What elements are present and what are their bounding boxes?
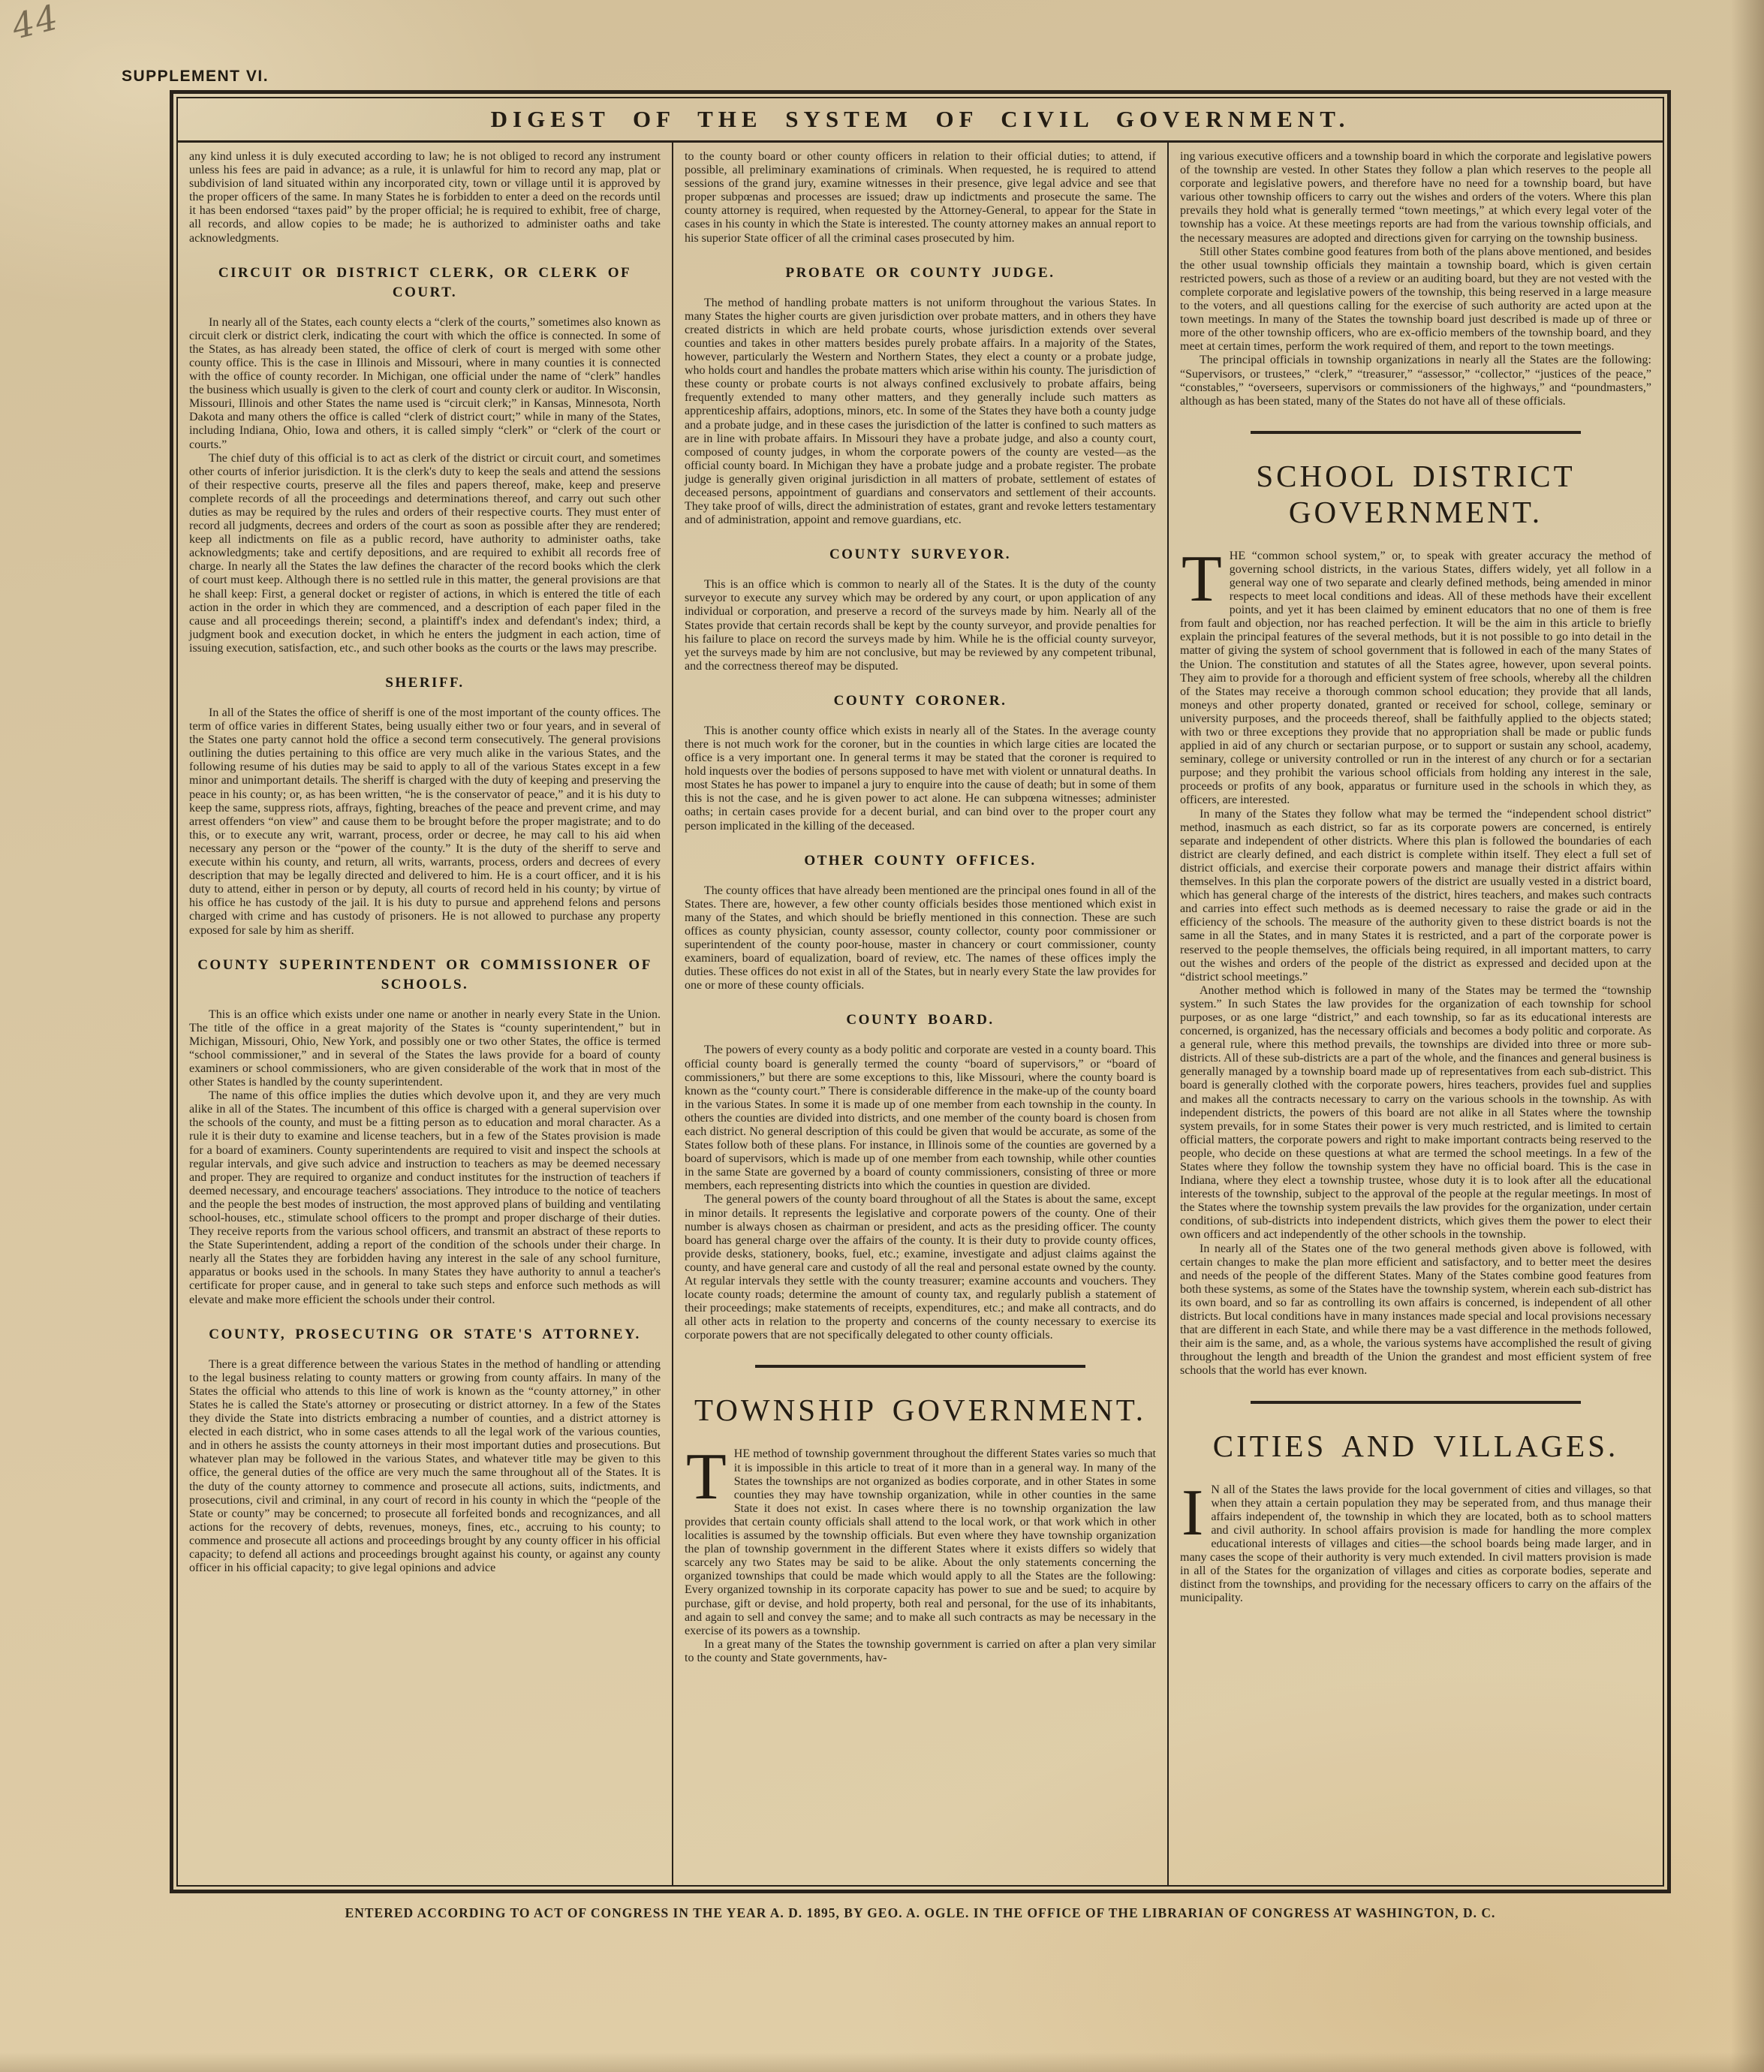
paragraph: The principal officials in township orga… <box>1180 354 1651 408</box>
paragraph-text: N all of the States the laws provide for… <box>1180 1483 1651 1605</box>
supplement-label: SUPPLEMENT VI. <box>122 68 269 86</box>
section-heading: COUNTY CORONER. <box>689 691 1151 711</box>
paragraph: Another method which is followed in many… <box>1180 984 1651 1242</box>
paragraph: The name of this office implies the duti… <box>189 1089 661 1307</box>
paragraph: ing various executive officers and a tow… <box>1180 150 1651 245</box>
masthead-band: DIGEST OF THE SYSTEM OF CIVIL GOVERNMENT… <box>178 98 1663 143</box>
section-heading: SHERIFF. <box>194 673 656 693</box>
paragraph: In nearly all of the States, each county… <box>189 316 661 452</box>
paragraph: Still other States combine good features… <box>1180 245 1651 354</box>
paragraph: The powers of every county as a body pol… <box>685 1044 1156 1193</box>
article-heading: TOWNSHIP GOVERNMENT. <box>685 1392 1156 1428</box>
divider-rule <box>755 1365 1085 1368</box>
paragraph: IN all of the States the laws provide fo… <box>1180 1483 1651 1606</box>
divider-rule <box>1251 1401 1581 1404</box>
paragraph-text: HE “common school system,” or, to speak … <box>1180 550 1651 807</box>
paragraph: any kind unless it is duly executed acco… <box>189 150 661 245</box>
paragraph: In many of the States they follow what m… <box>1180 808 1651 984</box>
paragraph: to the county board or other county offi… <box>685 150 1156 245</box>
paragraph: In a great many of the States the townsh… <box>685 1638 1156 1665</box>
drop-cap: T <box>1180 550 1230 605</box>
page-bottom-shadow <box>0 2052 1764 2072</box>
section-heading: COUNTY SURVEYOR. <box>689 545 1151 565</box>
text-columns: any kind unless it is duly executed acco… <box>178 143 1663 1885</box>
paragraph: This is another county office which exis… <box>685 724 1156 833</box>
column-3: ing various executive officers and a tow… <box>1169 143 1663 1885</box>
section-heading: COUNTY SUPERINTENDENT OR COMMISSIONER OF… <box>194 956 656 995</box>
paragraph: In nearly all of the States one of the t… <box>1180 1242 1651 1378</box>
drop-cap: I <box>1180 1483 1211 1539</box>
page-title: DIGEST OF THE SYSTEM OF CIVIL GOVERNMENT… <box>491 106 1350 133</box>
handwritten-page-number: 44 <box>8 0 63 47</box>
paragraph: THE “common school system,” or, to speak… <box>1180 550 1651 808</box>
divider-rule <box>1251 431 1581 434</box>
paragraph-text: HE method of township government through… <box>685 1447 1156 1637</box>
section-heading: COUNTY, PROSECUTING OR STATE'S ATTORNEY. <box>194 1325 656 1345</box>
paragraph: The method of handling probate matters i… <box>685 297 1156 528</box>
section-heading: COUNTY BOARD. <box>689 1010 1151 1030</box>
copyright-footer: ENTERED ACCORDING TO ACT OF CONGRESS IN … <box>170 1905 1671 1921</box>
section-heading: OTHER COUNTY OFFICES. <box>689 851 1151 871</box>
paragraph: The general powers of the county board t… <box>685 1193 1156 1342</box>
column-1: any kind unless it is duly executed acco… <box>178 143 673 1885</box>
paragraph: This is an office which is common to nea… <box>685 578 1156 673</box>
paragraph: The chief duty of this official is to ac… <box>189 452 661 655</box>
scanned-atlas-page: { "page": { "corner_note": "44", "supple… <box>0 0 1764 2072</box>
article-heading: SCHOOL DISTRICT GOVERNMENT. <box>1180 458 1651 530</box>
paragraph: The county offices that have already bee… <box>685 884 1156 993</box>
section-heading: CIRCUIT OR DISTRICT CLERK, OR CLERK OF C… <box>194 264 656 303</box>
paragraph: In all of the States the office of sheri… <box>189 706 661 938</box>
page-frame-inner: DIGEST OF THE SYSTEM OF CIVIL GOVERNMENT… <box>176 97 1664 1887</box>
paragraph: This is an office which exists under one… <box>189 1008 661 1090</box>
section-heading: PROBATE OR COUNTY JUDGE. <box>689 264 1151 283</box>
page-frame: DIGEST OF THE SYSTEM OF CIVIL GOVERNMENT… <box>170 90 1671 1893</box>
column-2: to the county board or other county offi… <box>673 143 1169 1885</box>
paragraph: THE method of township government throug… <box>685 1447 1156 1637</box>
page-edge-shadow <box>1731 0 1764 2072</box>
article-heading: CITIES AND VILLAGES. <box>1180 1428 1651 1464</box>
paragraph: There is a great difference between the … <box>189 1358 661 1576</box>
drop-cap: T <box>685 1447 734 1503</box>
